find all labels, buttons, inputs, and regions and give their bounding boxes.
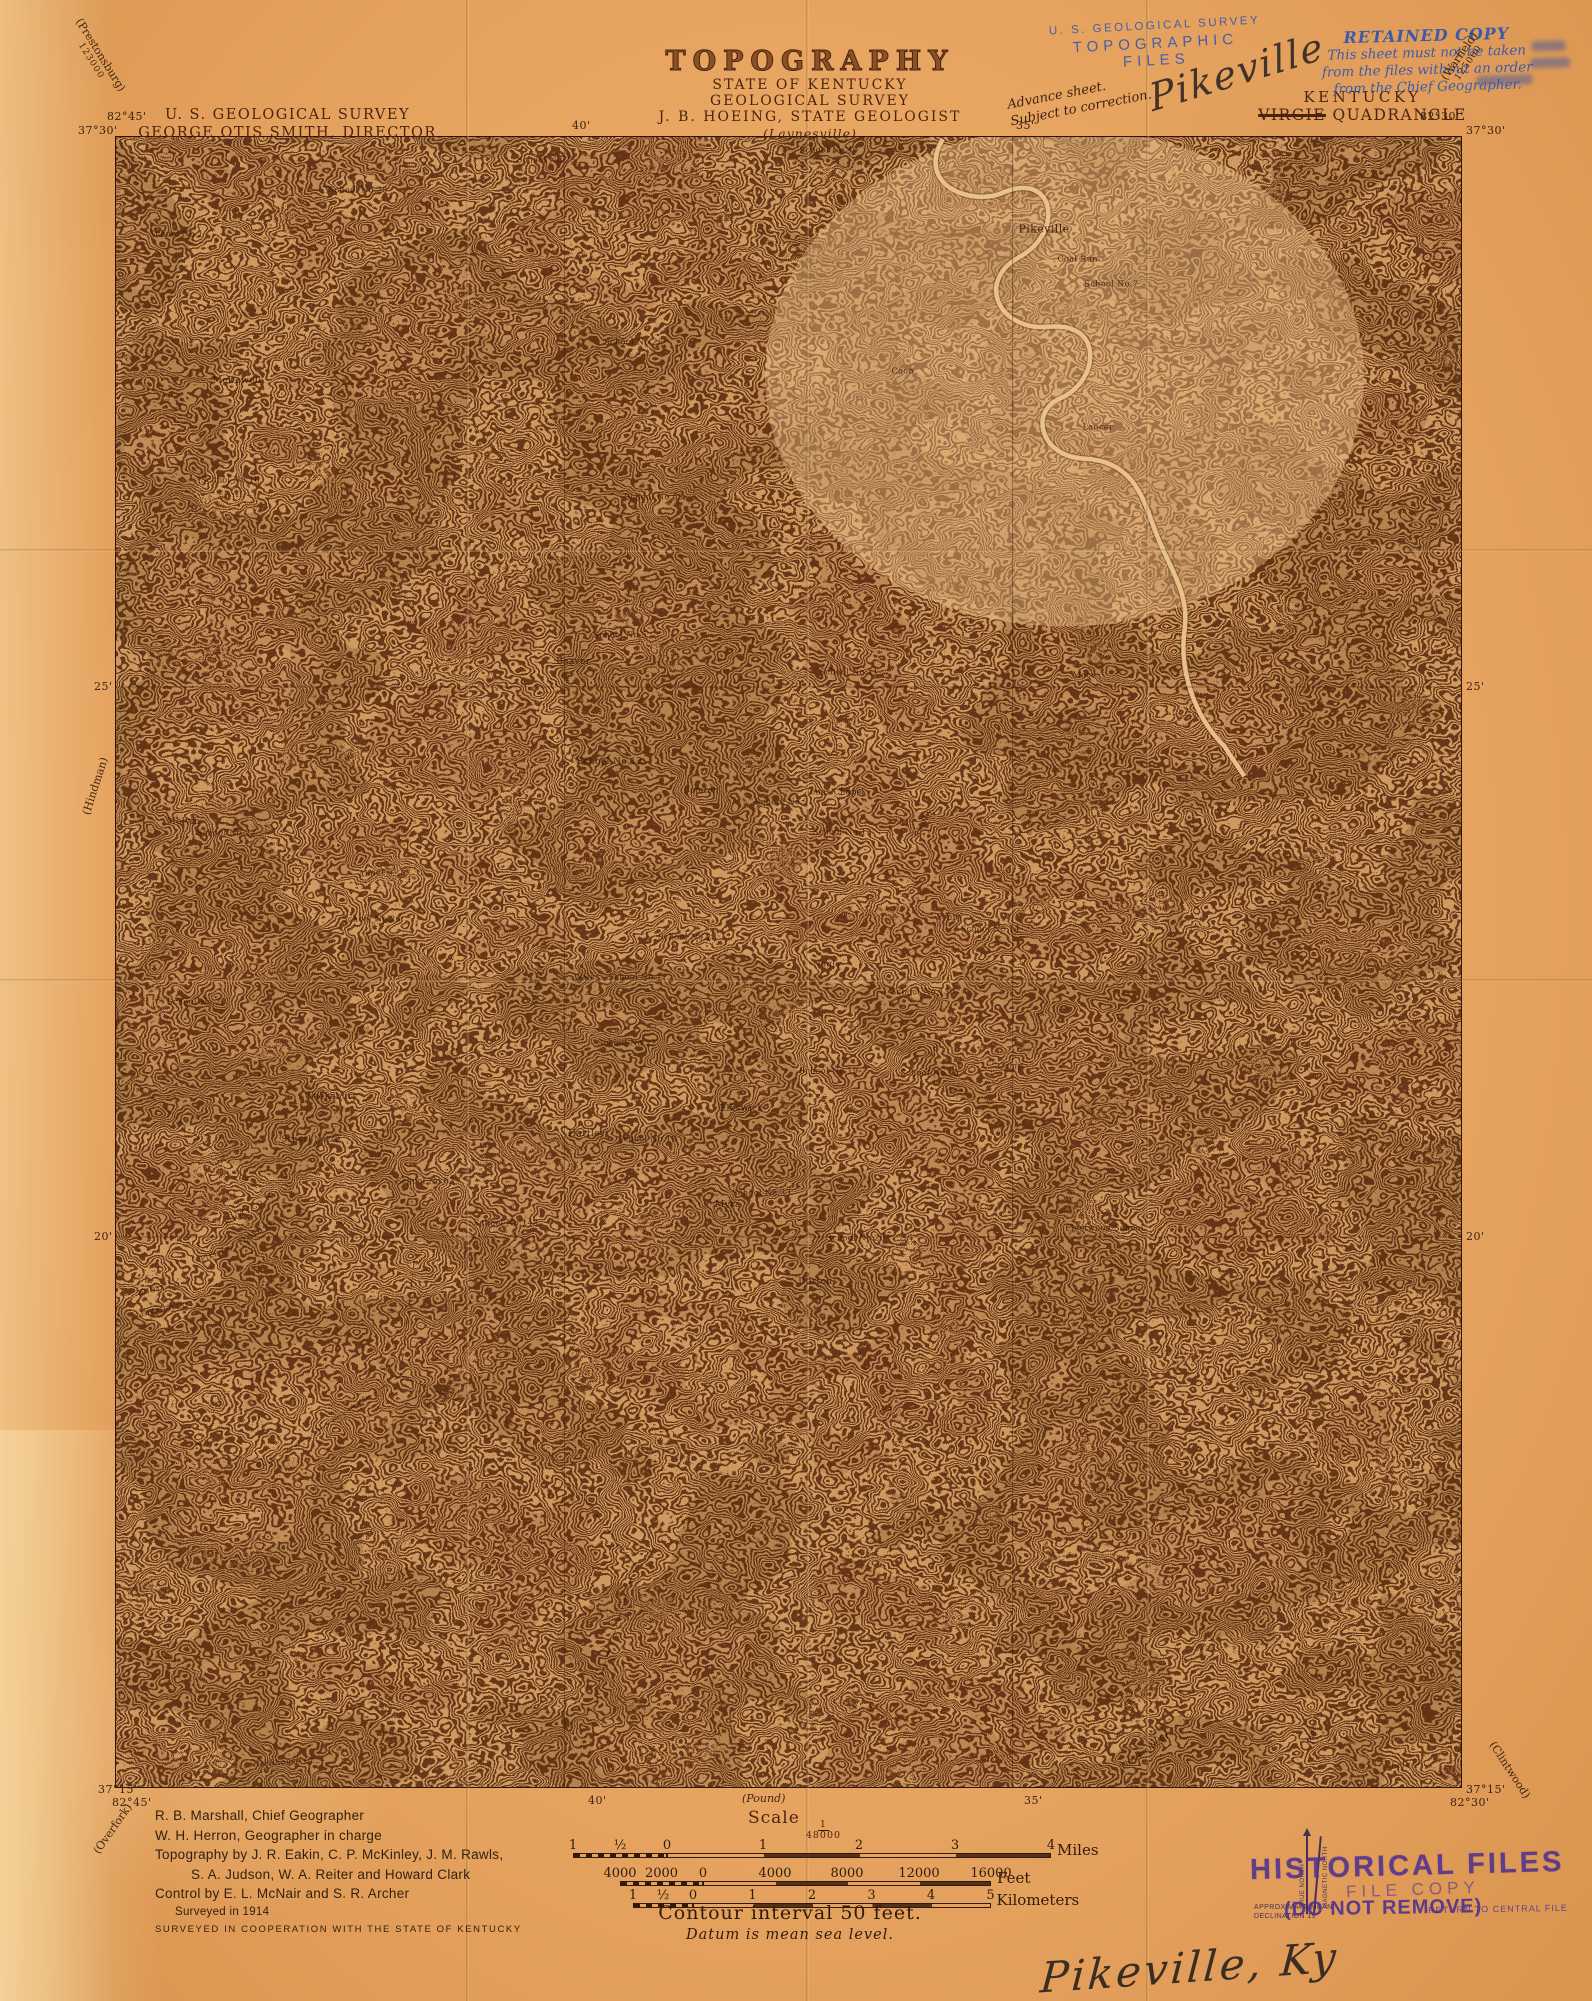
map-label: School No.130 bbox=[891, 987, 956, 996]
map-label: Fleetwood School bbox=[1065, 1223, 1144, 1232]
latitude-tick: 25' bbox=[94, 680, 113, 693]
corner-coordinate: 82°30' bbox=[1450, 1796, 1490, 1809]
retained-copy-stamp: RETAINED COPY This sheet must not be tak… bbox=[1281, 22, 1573, 99]
map-label: Coal Run bbox=[1058, 255, 1098, 264]
map-label: School No.3 bbox=[755, 797, 809, 806]
map-label: School No.20 bbox=[826, 1233, 885, 1242]
map-label: Jonas Chapel bbox=[807, 788, 865, 797]
datum-note: Datum is mean sea level. bbox=[490, 1927, 1090, 1943]
scale-tick: 3 bbox=[951, 1838, 959, 1853]
credit-line: S. A. Judson, W. A. Reiter and Howard Cl… bbox=[191, 1865, 522, 1885]
map-label: Melvin bbox=[166, 817, 200, 827]
map-label: Rockhouse Cr bbox=[253, 1756, 315, 1769]
map-label: School No.16 bbox=[201, 476, 260, 485]
map-label: School No.23 bbox=[658, 933, 717, 942]
map-label: School No.22 bbox=[598, 1038, 657, 1047]
map-label: School No.63 bbox=[396, 1177, 455, 1186]
credit-line: W. H. Herron, Geographer in charge bbox=[155, 1826, 522, 1846]
scale-tick: ½ bbox=[657, 1888, 670, 1903]
map-label: School No.5 bbox=[594, 631, 648, 640]
corner-coordinate: 37°15' bbox=[1466, 1783, 1506, 1796]
map-labels-layer: School No.40School No.25School No.20Scho… bbox=[116, 137, 1461, 1787]
scale-bar-subdivided-extension bbox=[633, 1903, 693, 1908]
scale-tick: 1 bbox=[759, 1838, 767, 1853]
fold-crease bbox=[0, 979, 1592, 982]
scale-tick: 1 bbox=[569, 1838, 577, 1853]
map-label: School No.26 bbox=[604, 337, 663, 346]
map-label: Hartley bbox=[568, 1129, 605, 1139]
previous-quad-name: (Laynesville) bbox=[640, 126, 980, 141]
map-label: School No.23 bbox=[167, 997, 226, 1006]
credit-line: Control by E. L. McNair and S. R. Archer bbox=[155, 1884, 522, 1904]
longitude-tick: 35' bbox=[1016, 119, 1035, 132]
scale-bar-subdivided-extension bbox=[573, 1853, 667, 1858]
scale-tick: 0 bbox=[689, 1888, 697, 1903]
agency-block: U. S. GEOLOGICAL SURVEY GEORGE OTIS SMIT… bbox=[115, 106, 460, 142]
map-label: Camp bbox=[998, 1061, 1023, 1070]
scale-tick: 2 bbox=[808, 1888, 816, 1903]
corner-coordinate: 37°30' bbox=[78, 124, 118, 137]
scale-unit-label: Kilometers bbox=[997, 1891, 1080, 1909]
corner-coordinate: 37°30' bbox=[1466, 124, 1506, 137]
fold-crease bbox=[1146, 0, 1149, 2001]
map-label: School No.53 bbox=[624, 492, 683, 501]
title-subtitle-2: GEOLOGICAL SURVEY bbox=[640, 93, 980, 109]
scale-tick: 5 bbox=[986, 1888, 994, 1903]
map-label: Abner bbox=[358, 867, 386, 880]
map-label: Myra bbox=[715, 1200, 741, 1210]
scale-tick: 0 bbox=[699, 1866, 707, 1881]
corner-coordinate: 82°45' bbox=[107, 110, 147, 123]
title-block: TOPOGRAPHY STATE OF KENTUCKY GEOLOGICAL … bbox=[640, 46, 980, 141]
map-label: Left Fk bbox=[1391, 1757, 1424, 1770]
stamp-smudge bbox=[1476, 74, 1532, 85]
quad-name-struck: VIRGIE bbox=[1258, 106, 1326, 124]
scale-tick: 4000 bbox=[758, 1866, 791, 1881]
map-label: School No.22 bbox=[197, 829, 256, 838]
map-label: Weeksbury bbox=[304, 1092, 358, 1102]
map-label: School No.26 bbox=[342, 915, 401, 924]
scale-tick: 1 bbox=[748, 1888, 756, 1903]
map-label: School No.7 bbox=[1085, 279, 1139, 288]
scale-bar-subdivided-extension bbox=[620, 1881, 703, 1886]
credits-block: R. B. Marshall, Chief Geographer W. H. H… bbox=[155, 1806, 522, 1937]
scale-tick: 0 bbox=[663, 1838, 671, 1853]
stamp-smudge bbox=[1530, 57, 1570, 68]
map-label: PIKE CO bbox=[200, 1244, 235, 1263]
scale-tick: ½ bbox=[614, 1838, 627, 1853]
scale-bar-feet: 400020000400080001200016000Feet bbox=[620, 1866, 1111, 1888]
credit-cooperation: SURVEYED IN COOPERATION WITH THE STATE O… bbox=[155, 1923, 522, 1937]
scale-unit-label: Miles bbox=[1057, 1841, 1099, 1859]
scale-tick: 3 bbox=[867, 1888, 875, 1903]
map-label: School No.20 bbox=[329, 185, 388, 194]
scale-tick: 4 bbox=[927, 1888, 935, 1903]
fold-crease bbox=[466, 0, 469, 2001]
scale-tick: 1 bbox=[629, 1888, 637, 1903]
map-label: Shelby bbox=[913, 808, 934, 839]
credit-line: R. B. Marshall, Chief Geographer bbox=[155, 1806, 522, 1826]
fold-crease bbox=[806, 0, 809, 2001]
map-label: School No.13 bbox=[813, 827, 872, 836]
map-label: Dorton bbox=[798, 1277, 832, 1287]
latitude-tick: 20' bbox=[94, 1230, 113, 1243]
credit-line: Topography by J. R. Eakin, C. P. McKinle… bbox=[155, 1845, 522, 1865]
scale-tick: 2 bbox=[855, 1838, 863, 1853]
map-label: LETCHER CO bbox=[135, 1301, 189, 1320]
title-subtitle-3: J. B. HOEING, STATE GEOLOGIST bbox=[640, 109, 980, 125]
north-arrow-icon bbox=[1303, 1828, 1311, 1836]
map-label: Beaver bbox=[556, 657, 590, 667]
credit-surveyed-year: Surveyed in 1914 bbox=[175, 1904, 522, 1921]
scale-word: Scale bbox=[748, 1808, 800, 1828]
map-label: School No.14 bbox=[961, 925, 1020, 934]
scale-tick: 12000 bbox=[898, 1866, 939, 1881]
map-label: Pikeville bbox=[1019, 223, 1070, 236]
map-label: Gamron bbox=[684, 786, 719, 795]
return-to-central-file-stamp: RETURN TO CENTRAL FILE bbox=[1428, 1903, 1568, 1915]
scale-tick: 4000 bbox=[603, 1866, 636, 1881]
map-label: McDowell bbox=[213, 376, 262, 386]
agency-name: U. S. GEOLOGICAL SURVEY bbox=[115, 106, 460, 124]
map-label: School No.11 bbox=[819, 667, 878, 676]
map-label: KNOTT CO bbox=[223, 1199, 264, 1227]
scale-bar-kilometers: 1½012345Kilometers bbox=[633, 1888, 1111, 1910]
scale-unit-label: Feet bbox=[997, 1869, 1030, 1887]
map-label: School No.20 bbox=[281, 1134, 340, 1143]
agency-director: GEORGE OTIS SMITH, DIRECTOR bbox=[115, 124, 460, 142]
map-label: Ingle bbox=[817, 959, 840, 968]
scale-bar-main bbox=[693, 1903, 991, 1908]
map-label: School No.15 bbox=[900, 1068, 959, 1077]
map-label: Long bbox=[927, 1034, 946, 1058]
title-subtitle-1: STATE OF KENTUCKY bbox=[640, 77, 980, 93]
neighbor-quad-bottom-center: (Pound) bbox=[742, 1792, 785, 1805]
map-label: Pigeon bbox=[1306, 1714, 1321, 1745]
scale-tick: 4 bbox=[1047, 1838, 1055, 1853]
corner-coordinate: 82°30' bbox=[1420, 110, 1460, 123]
map-label: Coon bbox=[892, 367, 915, 376]
fold-crease bbox=[0, 549, 1592, 552]
stamp-smudge bbox=[1532, 40, 1566, 51]
map-label: Lancer bbox=[1083, 423, 1114, 432]
longitude-tick: 35' bbox=[1024, 1794, 1043, 1807]
longitude-tick: 40' bbox=[588, 1794, 607, 1807]
map-label: KNOTT CO bbox=[137, 1280, 181, 1297]
scale-bar-miles: 1½01234Miles bbox=[573, 1838, 1171, 1860]
scale-statement: Scale148000 bbox=[748, 1808, 841, 1841]
map-label: Threemile Br bbox=[1118, 1730, 1171, 1771]
corner-coordinate: 37°15' bbox=[98, 1783, 138, 1796]
sheet-title: TOPOGRAPHY bbox=[640, 46, 980, 77]
map-body: School No.40School No.25School No.20Scho… bbox=[115, 136, 1462, 1788]
longitude-tick: 40' bbox=[572, 119, 591, 132]
map-sheet: School No.40School No.25School No.20Scho… bbox=[0, 0, 1592, 2001]
map-label: School No.18 bbox=[618, 1134, 677, 1143]
latitude-tick: 25' bbox=[1466, 680, 1485, 693]
scale-tick: 2000 bbox=[645, 1866, 678, 1881]
map-label: School No.1 bbox=[150, 230, 204, 239]
map-label: FLOYD CO bbox=[237, 1219, 277, 1247]
scale-bar-main bbox=[703, 1881, 991, 1886]
scale-tick: 8000 bbox=[830, 1866, 863, 1881]
map-label: School No.25 bbox=[517, 156, 576, 165]
map-label: School No.33 bbox=[732, 1189, 791, 1198]
map-label: BOUNDARY LINE bbox=[530, 937, 550, 1007]
map-label: Penny bbox=[937, 913, 964, 922]
map-label: School No.148 bbox=[474, 1218, 539, 1227]
map-label: Mace bbox=[1073, 670, 1097, 679]
latitude-tick: 20' bbox=[1466, 1230, 1485, 1243]
map-label: School No.12 bbox=[577, 757, 643, 767]
scale-bar-main bbox=[667, 1853, 1051, 1858]
map-label: Elkswick bbox=[720, 1104, 764, 1114]
